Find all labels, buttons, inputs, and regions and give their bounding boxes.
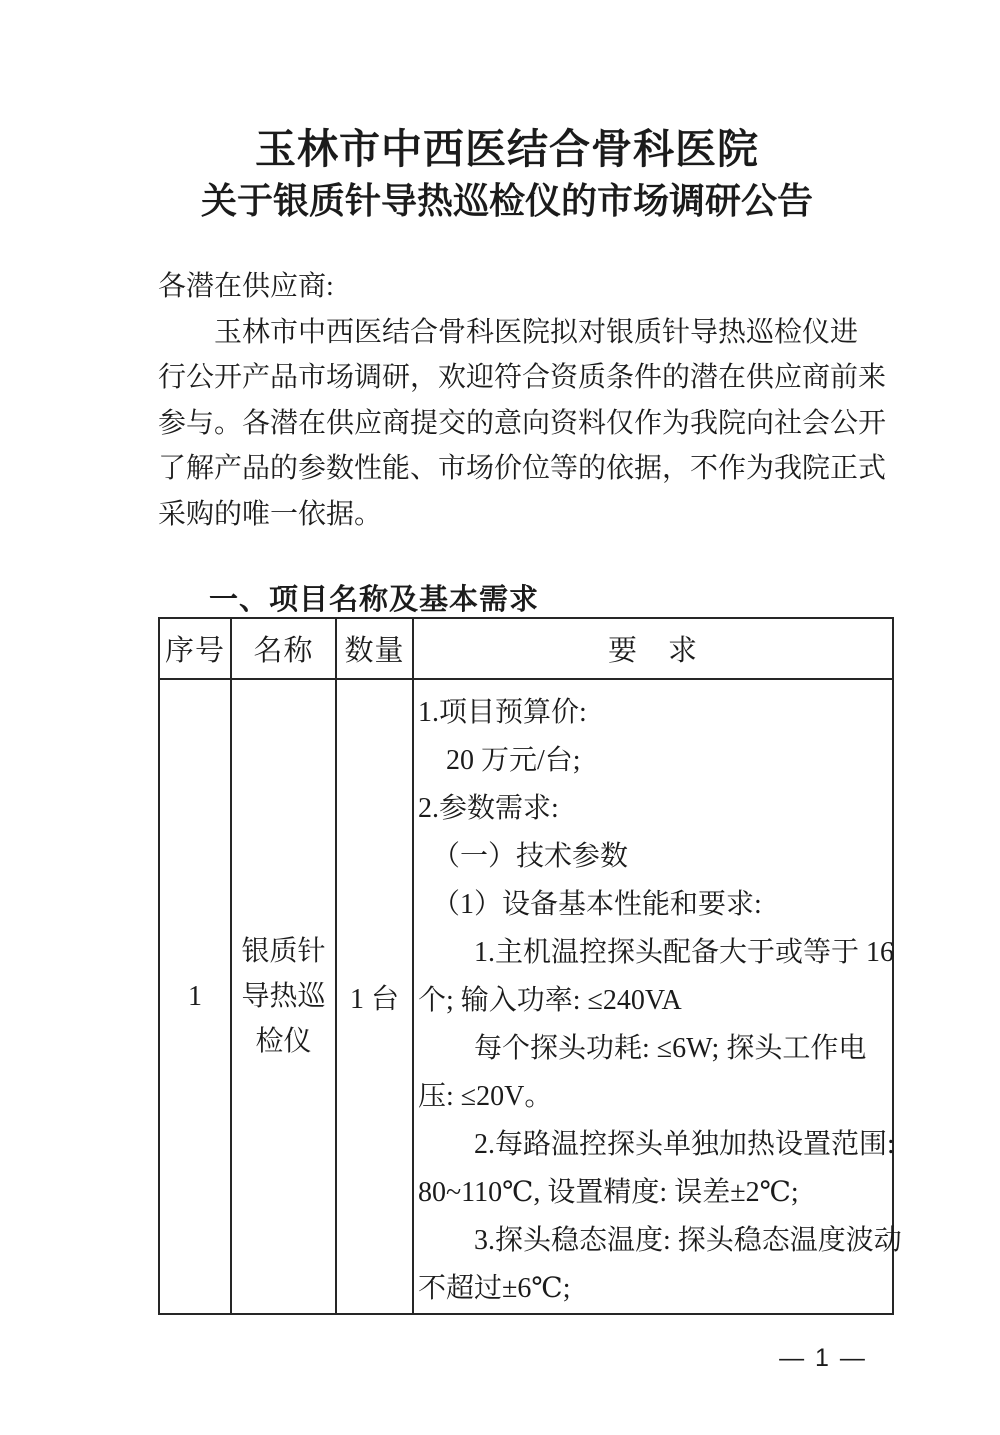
body-line: 行公开产品市场调研，欢迎符合资质条件的潜在供应商前来 <box>158 355 898 401</box>
requirement-line: 80~110℃, 设置精度: 误差±2℃; <box>418 1169 890 1217</box>
requirement-line: 20 万元/台; <box>418 737 890 785</box>
requirements-table: 序号 名称 数量 要 求 1 银质针导热巡检仪 1 台 1.项目预算价: 20 … <box>158 617 894 1315</box>
body-line: 采购的唯一依据。 <box>158 492 898 538</box>
document-title: 玉林市中西医结合骨科医院 关于银质针导热巡检仪的市场调研公告 <box>0 122 1000 226</box>
requirement-line: 不超过±6℃; <box>418 1265 890 1313</box>
document-page: 玉林市中西医结合骨科医院 关于银质针导热巡检仪的市场调研公告 各潜在供应商: 玉… <box>0 0 1000 1435</box>
section-heading: 一、项目名称及基本需求 <box>209 577 539 618</box>
requirement-line: 压: ≤20V。 <box>418 1073 890 1121</box>
cell-requirements: 1.项目预算价: 20 万元/台; 2.参数需求: （一）技术参数 （1）设备基… <box>413 679 893 1314</box>
requirement-line: 2.参数需求: <box>418 785 890 833</box>
table-row: 1 银质针导热巡检仪 1 台 1.项目预算价: 20 万元/台; 2.参数需求:… <box>159 679 893 1314</box>
header-seq: 序号 <box>159 618 231 679</box>
requirement-line: 1.项目预算价: <box>418 689 890 737</box>
header-requirements: 要 求 <box>413 618 893 679</box>
requirement-line: 每个探头功耗: ≤6W; 探头工作电 <box>418 1025 890 1073</box>
salutation: 各潜在供应商: <box>158 264 898 310</box>
requirement-line: 3.探头稳态温度: 探头稳态温度波动 <box>418 1217 890 1265</box>
cell-quantity: 1 台 <box>336 679 413 1314</box>
body-line: 玉林市中西医结合骨科医院拟对银质针导热巡检仪进 <box>158 310 898 356</box>
requirement-line: 1.主机温控探头配备大于或等于 16 <box>418 929 890 977</box>
requirement-line: 个; 输入功率: ≤240VA <box>418 977 890 1025</box>
requirement-line: （一）技术参数 <box>418 833 890 881</box>
header-qty: 数量 <box>336 618 413 679</box>
cell-seq: 1 <box>159 679 231 1314</box>
cell-name: 银质针导热巡检仪 <box>231 679 336 1314</box>
requirement-line: （1）设备基本性能和要求: <box>418 881 890 929</box>
header-name: 名称 <box>231 618 336 679</box>
body-line: 参与。各潜在供应商提交的意向资料仅作为我院向社会公开 <box>158 401 898 447</box>
table-header-row: 序号 名称 数量 要 求 <box>159 618 893 679</box>
title-line-1: 玉林市中西医结合骨科医院 <box>0 122 1000 176</box>
body-line: 了解产品的参数性能、市场价位等的依据，不作为我院正式 <box>158 446 898 492</box>
requirement-line: 2.每路温控探头单独加热设置范围: <box>418 1121 890 1169</box>
body-text: 各潜在供应商: 玉林市中西医结合骨科医院拟对银质针导热巡检仪进 行公开产品市场调… <box>158 264 898 537</box>
page-number: — 1 — <box>768 1344 878 1373</box>
title-line-2: 关于银质针导热巡检仪的市场调研公告 <box>0 176 1000 226</box>
